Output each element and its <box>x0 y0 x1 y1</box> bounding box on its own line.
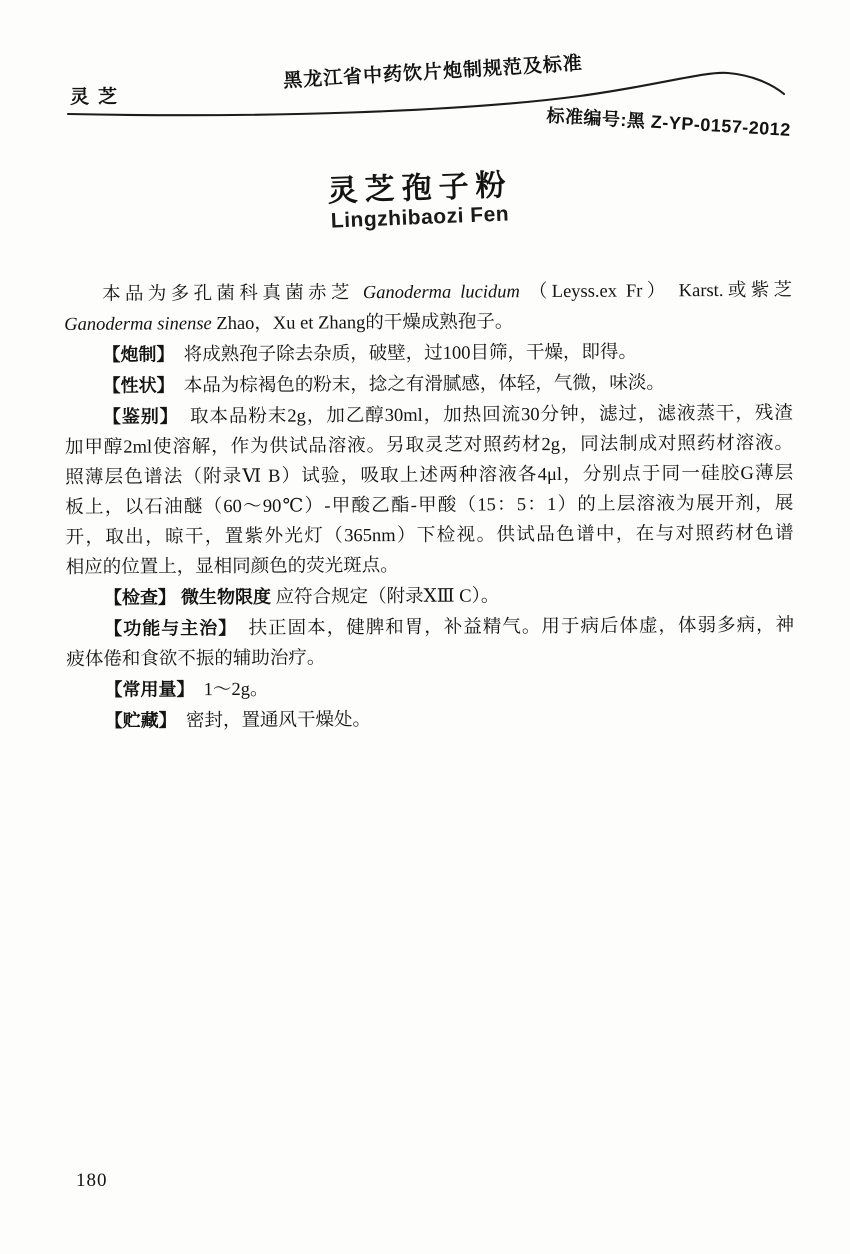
body-line: 【功能与主治】 扶正固本，健脾和胃，补益精气。用于病后体虚，体弱多病，神 <box>66 610 794 645</box>
body-line: 【常用量】 1～2g。 <box>66 671 794 706</box>
text-segment: 密封，置通风干燥处。 <box>177 710 371 731</box>
text-segment: Zhao，Xu et Zhang的干燥成熟孢子。 <box>212 312 514 334</box>
text-segment: 应符合规定（附录ⅩⅢ C）。 <box>271 586 499 607</box>
body-lines: 本品为多孔菌科真菌赤芝 Ganoderma lucidum （Leyss.ex … <box>64 276 795 737</box>
text-segment: 加甲醇2ml使溶解，作为供试品溶液。另取灵芝对照药材2g，同法制成对照药材溶液。 <box>65 434 793 458</box>
body-line: 【检查】 微生物限度 应符合规定（附录ⅩⅢ C）。 <box>66 579 794 614</box>
body-line: 【贮藏】 密封，置通风干燥处。 <box>67 702 795 737</box>
body-line: 【鉴别】 取本品粉末2g，加乙醇30ml，加热回流30分钟，滤过，滤液蒸干，残渣 <box>65 398 793 433</box>
text-segment: 【贮藏】 <box>105 710 177 730</box>
text-segment: Ganoderma sinense <box>64 314 212 335</box>
body-line: 加甲醇2ml使溶解，作为供试品溶液。另取灵芝对照药材2g，同法制成对照药材溶液。 <box>65 429 793 463</box>
text-segment: 【常用量】 <box>104 679 194 700</box>
text-segment: 开，取出，晾干，置紫外光灯（365nm）下检视。供试品色谱中，在与对照药材色谱 <box>66 524 794 548</box>
text-segment: Ganoderma lucidum <box>354 282 529 303</box>
text-segment: 【检查】 <box>104 587 176 607</box>
body-line: 开，取出，晾干，置紫外光灯（365nm）下检视。供试品色谱中，在与对照药材色谱 <box>65 519 793 553</box>
text-segment: 本品为多孔菌科真菌赤芝 <box>102 283 354 305</box>
body-line: 板上，以石油醚（60～90℃）-甲酸乙酯-甲酸（15：5：1）的上层溶液为展开剂… <box>65 489 793 523</box>
text-segment: 板上，以石油醚（60～90℃）-甲酸乙酯-甲酸（15：5：1）的上层溶液为展开剂… <box>65 494 793 518</box>
body-line: 【炮制】 将成熟孢子除去杂质，破壁，过100目筛，干燥，即得。 <box>64 336 792 371</box>
body-line: 照薄层色谱法（附录Ⅵ B）试验，吸取上述两种溶液各4μl，分别点于同一硅胶G薄层 <box>65 459 793 493</box>
text-segment: 相应的位置上，显相同颜色的荧光斑点。 <box>66 556 399 578</box>
text-segment: 【功能与主治】 <box>104 618 237 639</box>
text-segment: 将成熟孢子除去杂质，破壁，过100目筛，干燥，即得。 <box>174 343 637 366</box>
text-segment: 【性状】 <box>103 375 175 395</box>
text-segment: 取本品粉末2g，加乙醇30ml，加热回流30分钟，滤过，滤液蒸干，残渣 <box>179 404 793 428</box>
body-line: 本品为多孔菌科真菌赤芝 Ganoderma lucidum （Leyss.ex … <box>64 276 792 310</box>
body-line: 【性状】 本品为棕褐色的粉末，捻之有滑腻感，体轻，气微，味淡。 <box>65 367 793 402</box>
text-segment: （Leyss.ex Fr） Karst.或紫芝 <box>529 281 792 303</box>
text-segment: 微生物限度 <box>176 587 271 608</box>
body-line: 相应的位置上，显相同颜色的荧光斑点。 <box>66 549 794 583</box>
body-line: Ganoderma sinense Zhao，Xu et Zhang的干燥成熟孢… <box>64 306 792 340</box>
text-segment: 【炮制】 <box>102 344 174 364</box>
text-segment: 疲体倦和食欲不振的辅助治疗。 <box>66 648 325 670</box>
text-segment: 本品为棕褐色的粉末，捻之有滑腻感，体轻，气微，味淡。 <box>175 373 665 396</box>
scanned-document-page: 灵芝 黑龙江省中药饮片炮制规范及标准 标准编号:黑 Z-YP-0157-2012… <box>0 0 850 1254</box>
text-segment: 扶正固本，健脾和胃，补益精气。用于病后体虚，体弱多病，神 <box>237 616 794 639</box>
text-segment: 【鉴别】 <box>103 406 179 426</box>
text-segment: 照薄层色谱法（附录Ⅵ B）试验，吸取上述两种溶液各4μl，分别点于同一硅胶G薄层 <box>65 464 793 488</box>
body-line: 疲体倦和食欲不振的辅助治疗。 <box>66 641 794 675</box>
text-segment: 1～2g。 <box>194 680 268 700</box>
page-number: 180 <box>76 1170 108 1192</box>
